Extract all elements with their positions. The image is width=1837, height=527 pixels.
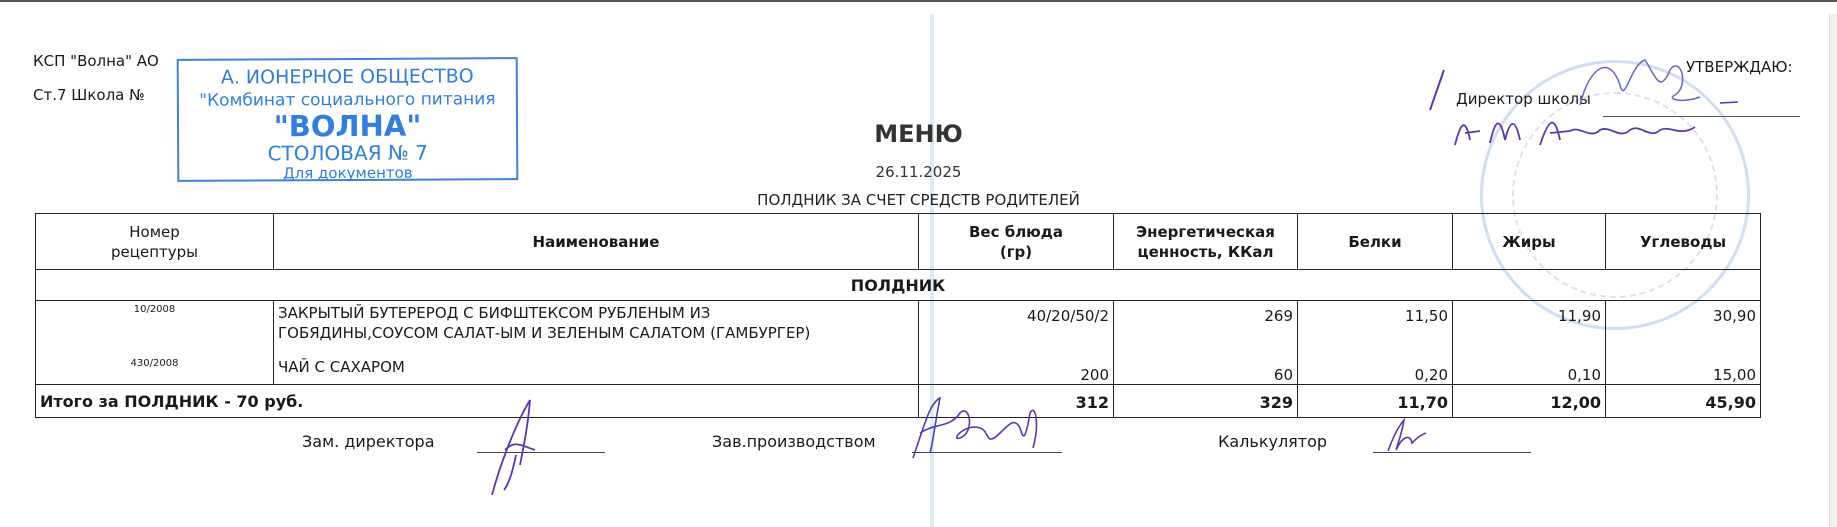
document-title: МЕНЮ <box>0 120 1837 148</box>
production-head-label: Зав.производством <box>712 432 876 451</box>
stamp-line-2: "Комбинат социального питания <box>179 91 516 110</box>
dish-name: ЧАЙ С САХАРОМ <box>274 355 919 385</box>
dish-fat: 0,10 <box>1453 355 1606 385</box>
stamp-line-1: А. ИОНЕРНОЕ ОБЩЕСТВО <box>179 67 516 88</box>
dish-energy: 60 <box>1114 355 1298 385</box>
total-protein: 11,70 <box>1298 385 1453 418</box>
deputy-director-label: Зам. директора <box>302 432 435 451</box>
total-label: Итого за ПОЛДНИК - 70 руб. <box>36 385 919 418</box>
col-header-fat: Жиры <box>1453 214 1606 270</box>
col-header-carbs: Углеводы <box>1606 214 1761 270</box>
organization-name: КСП "Волна" АО <box>33 52 159 70</box>
document-date: 26.11.2025 <box>0 163 1837 181</box>
dish-protein: 0,20 <box>1298 355 1453 385</box>
dish-energy: 269 <box>1114 301 1298 356</box>
dish-protein: 11,50 <box>1298 301 1453 356</box>
table-row: 430/2008 ЧАЙ С САХАРОМ 200 60 0,20 0,10 … <box>36 355 1761 385</box>
recipe-code: 430/2008 <box>36 355 274 385</box>
col-header-protein: Белки <box>1298 214 1453 270</box>
total-energy: 329 <box>1114 385 1298 418</box>
recipe-code: 10/2008 <box>36 301 274 356</box>
dish-carbs: 15,00 <box>1606 355 1761 385</box>
total-carbs: 45,90 <box>1606 385 1761 418</box>
col-header-energy: Энергетическаяценность, ККал <box>1114 214 1298 270</box>
document-subtitle: ПОЛДНИК ЗА СЧЕТ СРЕДСТВ РОДИТЕЛЕЙ <box>0 191 1837 209</box>
total-row: Итого за ПОЛДНИК - 70 руб. 312 329 11,70… <box>36 385 1761 418</box>
deputy-signature-icon <box>480 395 560 500</box>
school-label: Ст.7 Школа № <box>33 86 145 104</box>
col-header-code: Номеррецептуры <box>36 214 274 270</box>
col-header-name: Наименование <box>274 214 919 270</box>
calculator-label: Калькулятор <box>1218 432 1327 451</box>
dish-name: ЗАКРЫТЫЙ БУТЕРЕРОД С БИФШТЕКСОМ РУБЛЕНЫМ… <box>274 301 919 356</box>
section-row: ПОЛДНИК <box>36 270 1761 301</box>
table-header-row: Номеррецептуры Наименование Вес блюда(гр… <box>36 214 1761 270</box>
table-row: 10/2008 ЗАКРЫТЫЙ БУТЕРЕРОД С БИФШТЕКСОМ … <box>36 301 1761 356</box>
dish-weight: 40/20/50/2 <box>919 301 1114 356</box>
dish-weight: 200 <box>919 355 1114 385</box>
section-title: ПОЛДНИК <box>36 270 1761 301</box>
dish-carbs: 30,90 <box>1606 301 1761 356</box>
col-header-weight: Вес блюда(гр) <box>919 214 1114 270</box>
total-fat: 12,00 <box>1453 385 1606 418</box>
menu-table: Номеррецептуры Наименование Вес блюда(гр… <box>35 213 1761 418</box>
top-border <box>0 0 1837 2</box>
production-signature-icon <box>905 393 1065 468</box>
dish-fat: 11,90 <box>1453 301 1606 356</box>
calculator-signature-icon <box>1380 415 1440 455</box>
page-edge <box>1829 14 1837 527</box>
